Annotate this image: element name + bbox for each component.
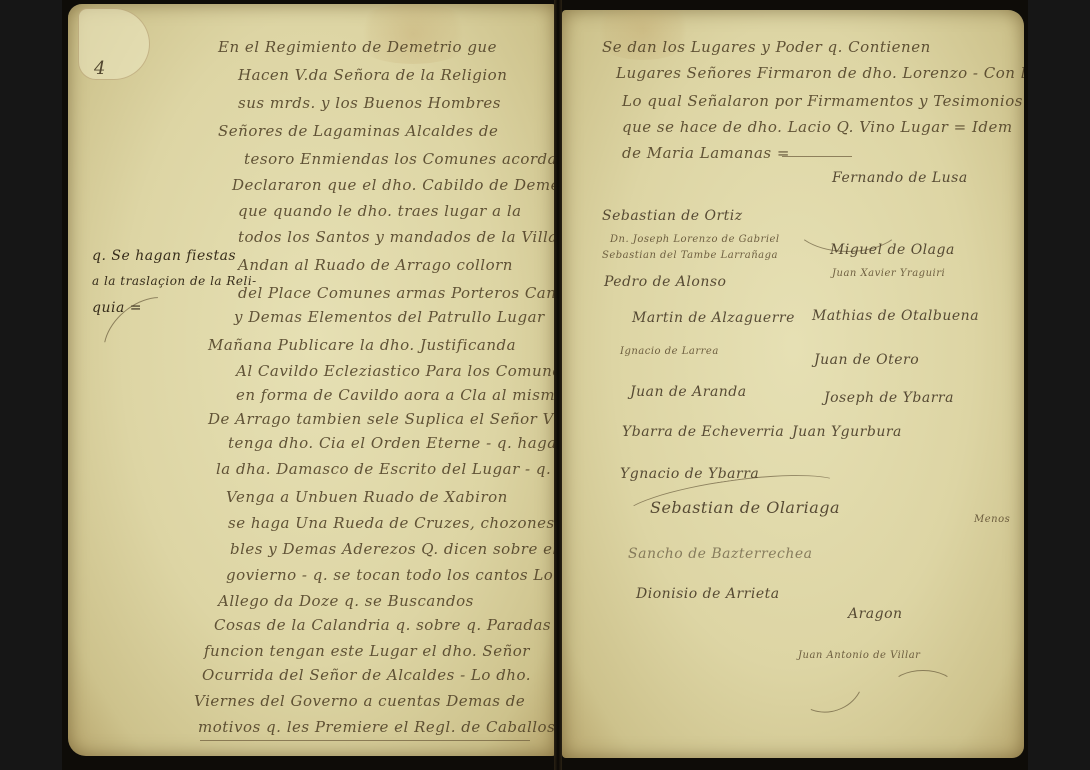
text-line: En el Regimiento de Demetrio gue xyxy=(218,38,497,56)
right-page: Se dan los Lugares y Poder q. Contienen … xyxy=(562,10,1024,758)
line-filler-rule xyxy=(782,156,852,157)
rubric-flourish xyxy=(892,670,954,702)
text-line: bles y Demas Aderezos Q. dicen sobre el xyxy=(230,540,556,558)
book-gutter xyxy=(554,0,562,770)
text-line: Cosas de la Calandria q. sobre q. Parada… xyxy=(214,616,551,634)
open-book: 4 q. Se hagan fiestas a la traslaçion de… xyxy=(62,0,1028,770)
signature: Fernando de Lusa xyxy=(832,170,968,186)
text-line: Señores de Lagaminas Alcaldes de xyxy=(218,122,498,140)
signature: Dionisio de Arrieta xyxy=(636,586,780,602)
text-line: que se hace de dho. Lacio Q. Vino Lugar … xyxy=(622,118,1013,136)
text-line: Viernes del Governo a cuentas Demas de xyxy=(194,692,525,710)
text-line: y Demas Elementos del Patrullo Lugar xyxy=(234,308,545,326)
signature: Aragon xyxy=(848,606,903,622)
signature: Sebastian de Ortiz xyxy=(602,208,743,224)
signature: Joseph de Ybarra xyxy=(824,390,954,406)
text-line: todos los Santos y mandados de la Villa xyxy=(238,228,556,246)
text-line: Al Cavildo Ecleziastico Para los Comunes… xyxy=(236,362,556,380)
text-line: Allego da Doze q. se Buscandos xyxy=(218,592,474,610)
signature-flourish xyxy=(792,190,904,252)
text-line: Se dan los Lugares y Poder q. Contienen xyxy=(602,38,931,56)
text-line: Mañana Publicare la dho. Justificanda xyxy=(208,336,516,354)
text-line: Venga a Unbuen Ruado de Xabiron xyxy=(226,488,508,506)
text-line: govierno - q. se tocan todo los cantos L… xyxy=(226,566,556,584)
text-line: de Maria Lamanas = xyxy=(622,144,790,162)
text-line: Ocurrida del Señor de Alcaldes - Lo dho. xyxy=(202,666,531,684)
signature: Ybarra de Echeverria xyxy=(622,424,784,440)
signature: Dn. Joseph Lorenzo de Gabriel xyxy=(610,234,780,245)
signature: Juan Xavier Yraguiri xyxy=(832,268,945,279)
text-line: sus mrds. y los Buenos Hombres xyxy=(238,94,501,112)
margin-note-line: a la traslaçion de la Reli- xyxy=(92,274,257,288)
page-corner-curl xyxy=(78,8,150,80)
text-line: se haga Una Rueda de Cruzes, chozones y … xyxy=(228,514,556,532)
signature: Juan de Otero xyxy=(814,352,919,368)
text-line: tenga dho. Cia el Orden Eterne - q. haga xyxy=(228,434,556,452)
margin-note-line: q. Se hagan fiestas xyxy=(92,248,236,264)
text-line: De Arrago tambien sele Suplica el Señor … xyxy=(208,410,556,428)
text-line: Lo qual Señalaron por Firmamentos y Tesi… xyxy=(622,92,1023,110)
text-line: en forma de Cavildo aora a Cla al mismo … xyxy=(236,386,556,404)
signature: Juan Ygurbura xyxy=(792,424,902,440)
text-line: funcion tengan este Lugar el dho. Señor xyxy=(204,642,530,660)
margin-note: Menos xyxy=(974,514,1010,525)
text-line: la dha. Damasco de Escrito del Lugar - q… xyxy=(216,460,556,478)
document-viewer: 4 q. Se hagan fiestas a la traslaçion de… xyxy=(0,0,1090,770)
text-line: del Place Comunes armas Porteros Cana xyxy=(238,284,556,302)
pen-flourish xyxy=(89,282,199,389)
text-line: que quando le dho. traes lugar a la xyxy=(238,202,522,220)
signature: Ignacio de Larrea xyxy=(620,346,719,357)
scan-border-right xyxy=(1028,0,1090,770)
closing-rule xyxy=(200,740,530,741)
left-page: 4 q. Se hagan fiestas a la traslaçion de… xyxy=(68,4,556,756)
text-line: Declararon que el dho. Cabildo de Demetr… xyxy=(232,176,556,194)
scan-border-left xyxy=(0,0,62,770)
signature: Sancho de Bazterrechea xyxy=(628,546,812,562)
text-line: Hacen V.da Señora de la Religion xyxy=(238,66,507,84)
signature: Mathias de Otalbuena xyxy=(812,308,979,324)
signature: Pedro de Alonso xyxy=(604,274,726,290)
text-line: Lugares Señores Firmaron de dho. Lorenzo… xyxy=(616,64,1024,82)
signature: Sebastian del Tambe Larrañaga xyxy=(602,250,778,261)
text-line: tesoro Enmiendas los Comunes acordaron xyxy=(244,150,556,168)
text-line: Andan al Ruado de Arrago collorn xyxy=(238,256,513,274)
folio-number: 4 xyxy=(94,58,106,79)
text-line: motivos q. les Premiere el Regl. de Caba… xyxy=(198,718,555,736)
signature: Martin de Alzaguerre xyxy=(632,310,795,326)
signature: Juan de Aranda xyxy=(630,384,747,400)
